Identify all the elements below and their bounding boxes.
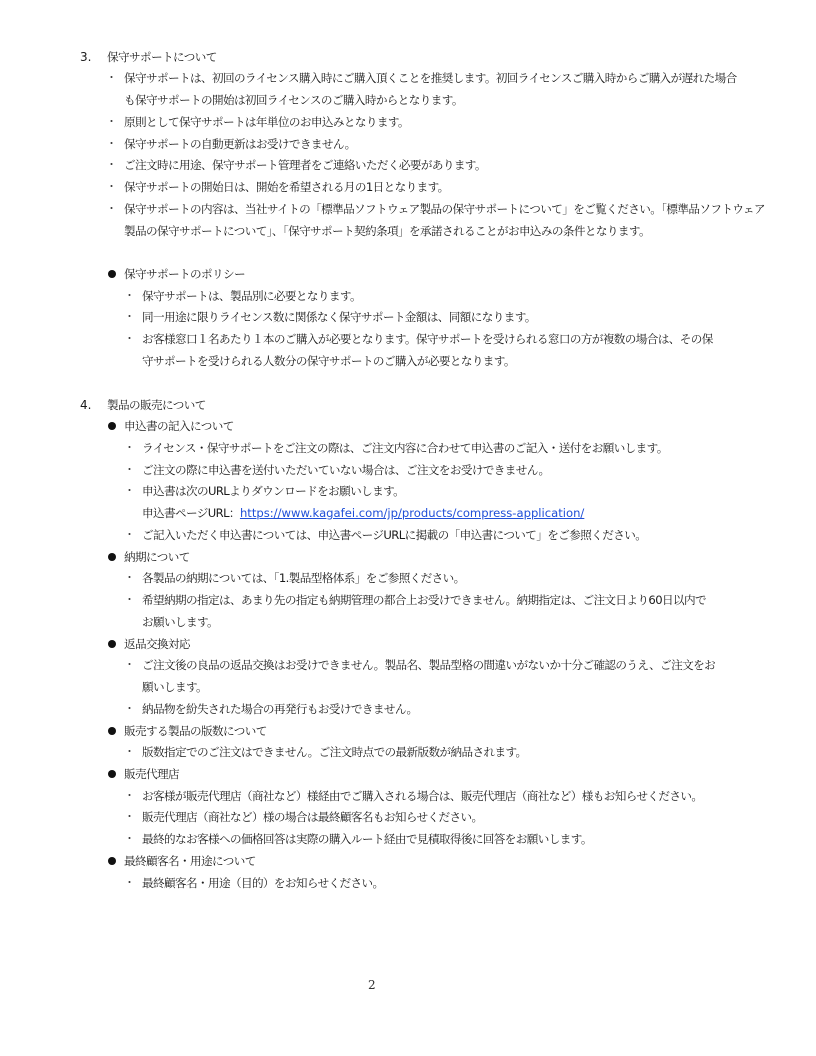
list-item-continuation: 製品の保守サポートについて」、「保守サポート契約条項」を承諾されることがお申込み… [124,223,650,239]
list-item: 原則として保守サポートは年単位のお申込みとなります。 [124,114,409,130]
bullet-icon [108,770,116,778]
list-item: ご注文時に用途、保守サポート管理者をご連絡いただく必要があります。 [124,157,486,173]
list-item: 保守サポートの内容は、当社サイトの「標準品ソフトウェア製品の保守サポートについて… [124,201,765,217]
list-marker: ・ [106,201,117,217]
list-item: ライセンス・保守サポートをご注文の際は、ご注文内容に合わせて申込書のご記入・送付… [142,440,668,456]
list-marker: ・ [106,70,117,86]
list-marker: ・ [124,744,135,760]
list-marker: ・ [124,657,135,673]
url-line: 申込書ページURL：https://www.kagafei.com/jp/pro… [142,505,584,521]
list-item: 最終顧客名・用途（目的）をお知らせください。 [142,875,384,891]
list-item: 保守サポートの開始日は、開始を希望される月の1日となります。 [124,179,449,195]
bullet-icon [108,640,116,648]
list-marker: ・ [124,831,135,847]
subsection-title: 販売代理店 [124,766,179,782]
bullet-icon [108,270,116,278]
url-label: 申込書ページURL： [142,506,240,520]
section-title: 保守サポートについて [107,49,217,65]
list-marker: ・ [124,701,135,717]
subsection-title: 最終顧客名・用途について [124,853,256,869]
list-item-continuation: 守サポートを受けられる人数分の保守サポートのご購入が必要となります。 [142,353,515,369]
bullet-icon [108,553,116,561]
list-item: 保守サポートは、初回のライセンス購入時にご購入頂くことを推奨します。初回ライセン… [124,70,737,86]
subsection-title: 保守サポートのポリシー [124,266,245,282]
list-item: 納品物を紛失された場合の再発行もお受けできません。 [142,701,418,717]
list-item: 保守サポートの自動更新はお受けできません。 [124,136,356,152]
section-number: 3. [80,49,91,65]
page-number: 2 [368,978,376,992]
list-marker: ・ [106,157,117,173]
list-marker: ・ [124,788,135,804]
list-item: 販売代理店（商社など）様の場合は最終顧客名もお知らせください。 [142,809,482,825]
list-marker: ・ [106,114,117,130]
application-url-link[interactable]: https://www.kagafei.com/jp/products/comp… [240,506,584,520]
list-item: お客様窓口１名あたり１本のご購入が必要となります。保守サポートを受けられる窓口の… [142,331,713,347]
list-marker: ・ [124,440,135,456]
list-item: 申込書は次のURLよりダウンロードをお願いします。 [142,483,404,499]
list-item: お客様が販売代理店（商社など）様経由でご購入される場合は、販売代理店（商社など）… [142,788,702,804]
list-item-continuation: 願いします。 [142,679,207,695]
subsection-title: 販売する製品の版数について [124,723,267,739]
subsection-title: 返品交換対応 [124,636,190,652]
list-item-continuation: も保守サポートの開始は初回ライセンスのご購入時からとなります。 [124,92,463,108]
bullet-icon [108,857,116,865]
list-marker: ・ [124,483,135,499]
list-marker: ・ [124,527,135,543]
document-page: 3. 保守サポートについて ・ 保守サポートは、初回のライセンス購入時にご購入頂… [0,0,816,1056]
list-marker: ・ [106,179,117,195]
list-item: ご注文の際に申込書を送付いただいていない場合は、ご注文をお受けできません。 [142,462,549,478]
list-item: ご注文後の良品の返品交換はお受けできません。製品名、製品型格の間違いがないか十分… [142,657,715,673]
list-item: 保守サポートは、製品別に必要となります。 [142,288,361,304]
list-marker: ・ [124,331,135,347]
list-item: 希望納期の指定は、あまり先の指定も納期管理の都合上お受けできません。納期指定は、… [142,592,706,608]
list-item: ご記入いただく申込書については、申込書ページURLに掲載の「申込書について」をご… [142,527,646,543]
list-marker: ・ [106,136,117,152]
subsection-title: 申込書の記入について [124,418,234,434]
list-marker: ・ [124,592,135,608]
list-marker: ・ [124,288,135,304]
list-item-continuation: お願いします。 [142,614,218,630]
list-marker: ・ [124,462,135,478]
list-item: 各製品の納期については、「1.製品型格体系」をご参照ください。 [142,570,465,586]
list-marker: ・ [124,875,135,891]
section-number: 4. [80,397,91,413]
list-item: 版数指定でのご注文はできません。ご注文時点での最新版数が納品されます。 [142,744,527,760]
list-marker: ・ [124,309,135,325]
section-title: 製品の販売について [107,397,206,413]
list-marker: ・ [124,809,135,825]
list-marker: ・ [124,570,135,586]
subsection-title: 納期について [124,549,190,565]
list-item: 最終的なお客様への価格回答は実際の購入ルート経由で見積取得後に回答をお願いします… [142,831,592,847]
bullet-icon [108,422,116,430]
list-item: 同一用途に限りライセンス数に関係なく保守サポート金額は、同額になります。 [142,309,536,325]
bullet-icon [108,727,116,735]
